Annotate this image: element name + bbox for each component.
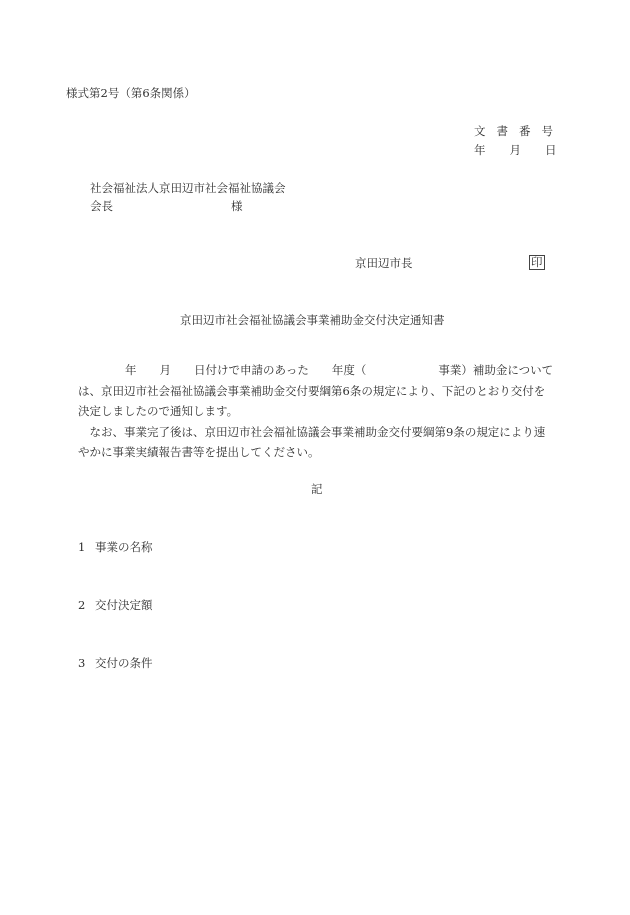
form-label: 様式第2号（第6条関係）: [66, 86, 196, 100]
seal-icon: 印: [529, 255, 545, 270]
document-title: 京田辺市社会福祉協議会事業補助金交付決定通知書: [180, 313, 445, 327]
addressee-honorific: 様: [231, 199, 243, 213]
body-line-1: 年月日付けで申請のあった年度（事業）補助金について: [125, 363, 553, 377]
document-number-label: 文書番号: [474, 124, 553, 138]
date-line: 年月日: [474, 143, 557, 157]
item-2: 2交付決定額: [78, 598, 153, 612]
body-line-3: 決定しましたので通知します。: [78, 404, 238, 418]
sender-name: 京田辺市長: [355, 256, 413, 270]
seal-mark: 印: [529, 255, 545, 270]
addressee-org: 社会福祉法人京田辺市社会福祉協議会: [90, 181, 286, 195]
body-line-4: なお、事業完了後は、京田辺市社会福祉協議会事業補助金交付要綱第9条の規定により速: [78, 425, 545, 439]
addressee-title: 会長: [90, 199, 113, 213]
item-3: 3交付の条件: [78, 656, 153, 670]
body-line-2: は、京田辺市社会福祉協議会事業補助金交付要綱第6条の規定により、下記のとおり交付…: [78, 384, 545, 398]
body-line-5: やかに事業実績報告書等を提出してください。: [78, 445, 320, 459]
item-1: 1事業の名称: [78, 540, 153, 554]
ki-heading: 記: [311, 482, 323, 496]
